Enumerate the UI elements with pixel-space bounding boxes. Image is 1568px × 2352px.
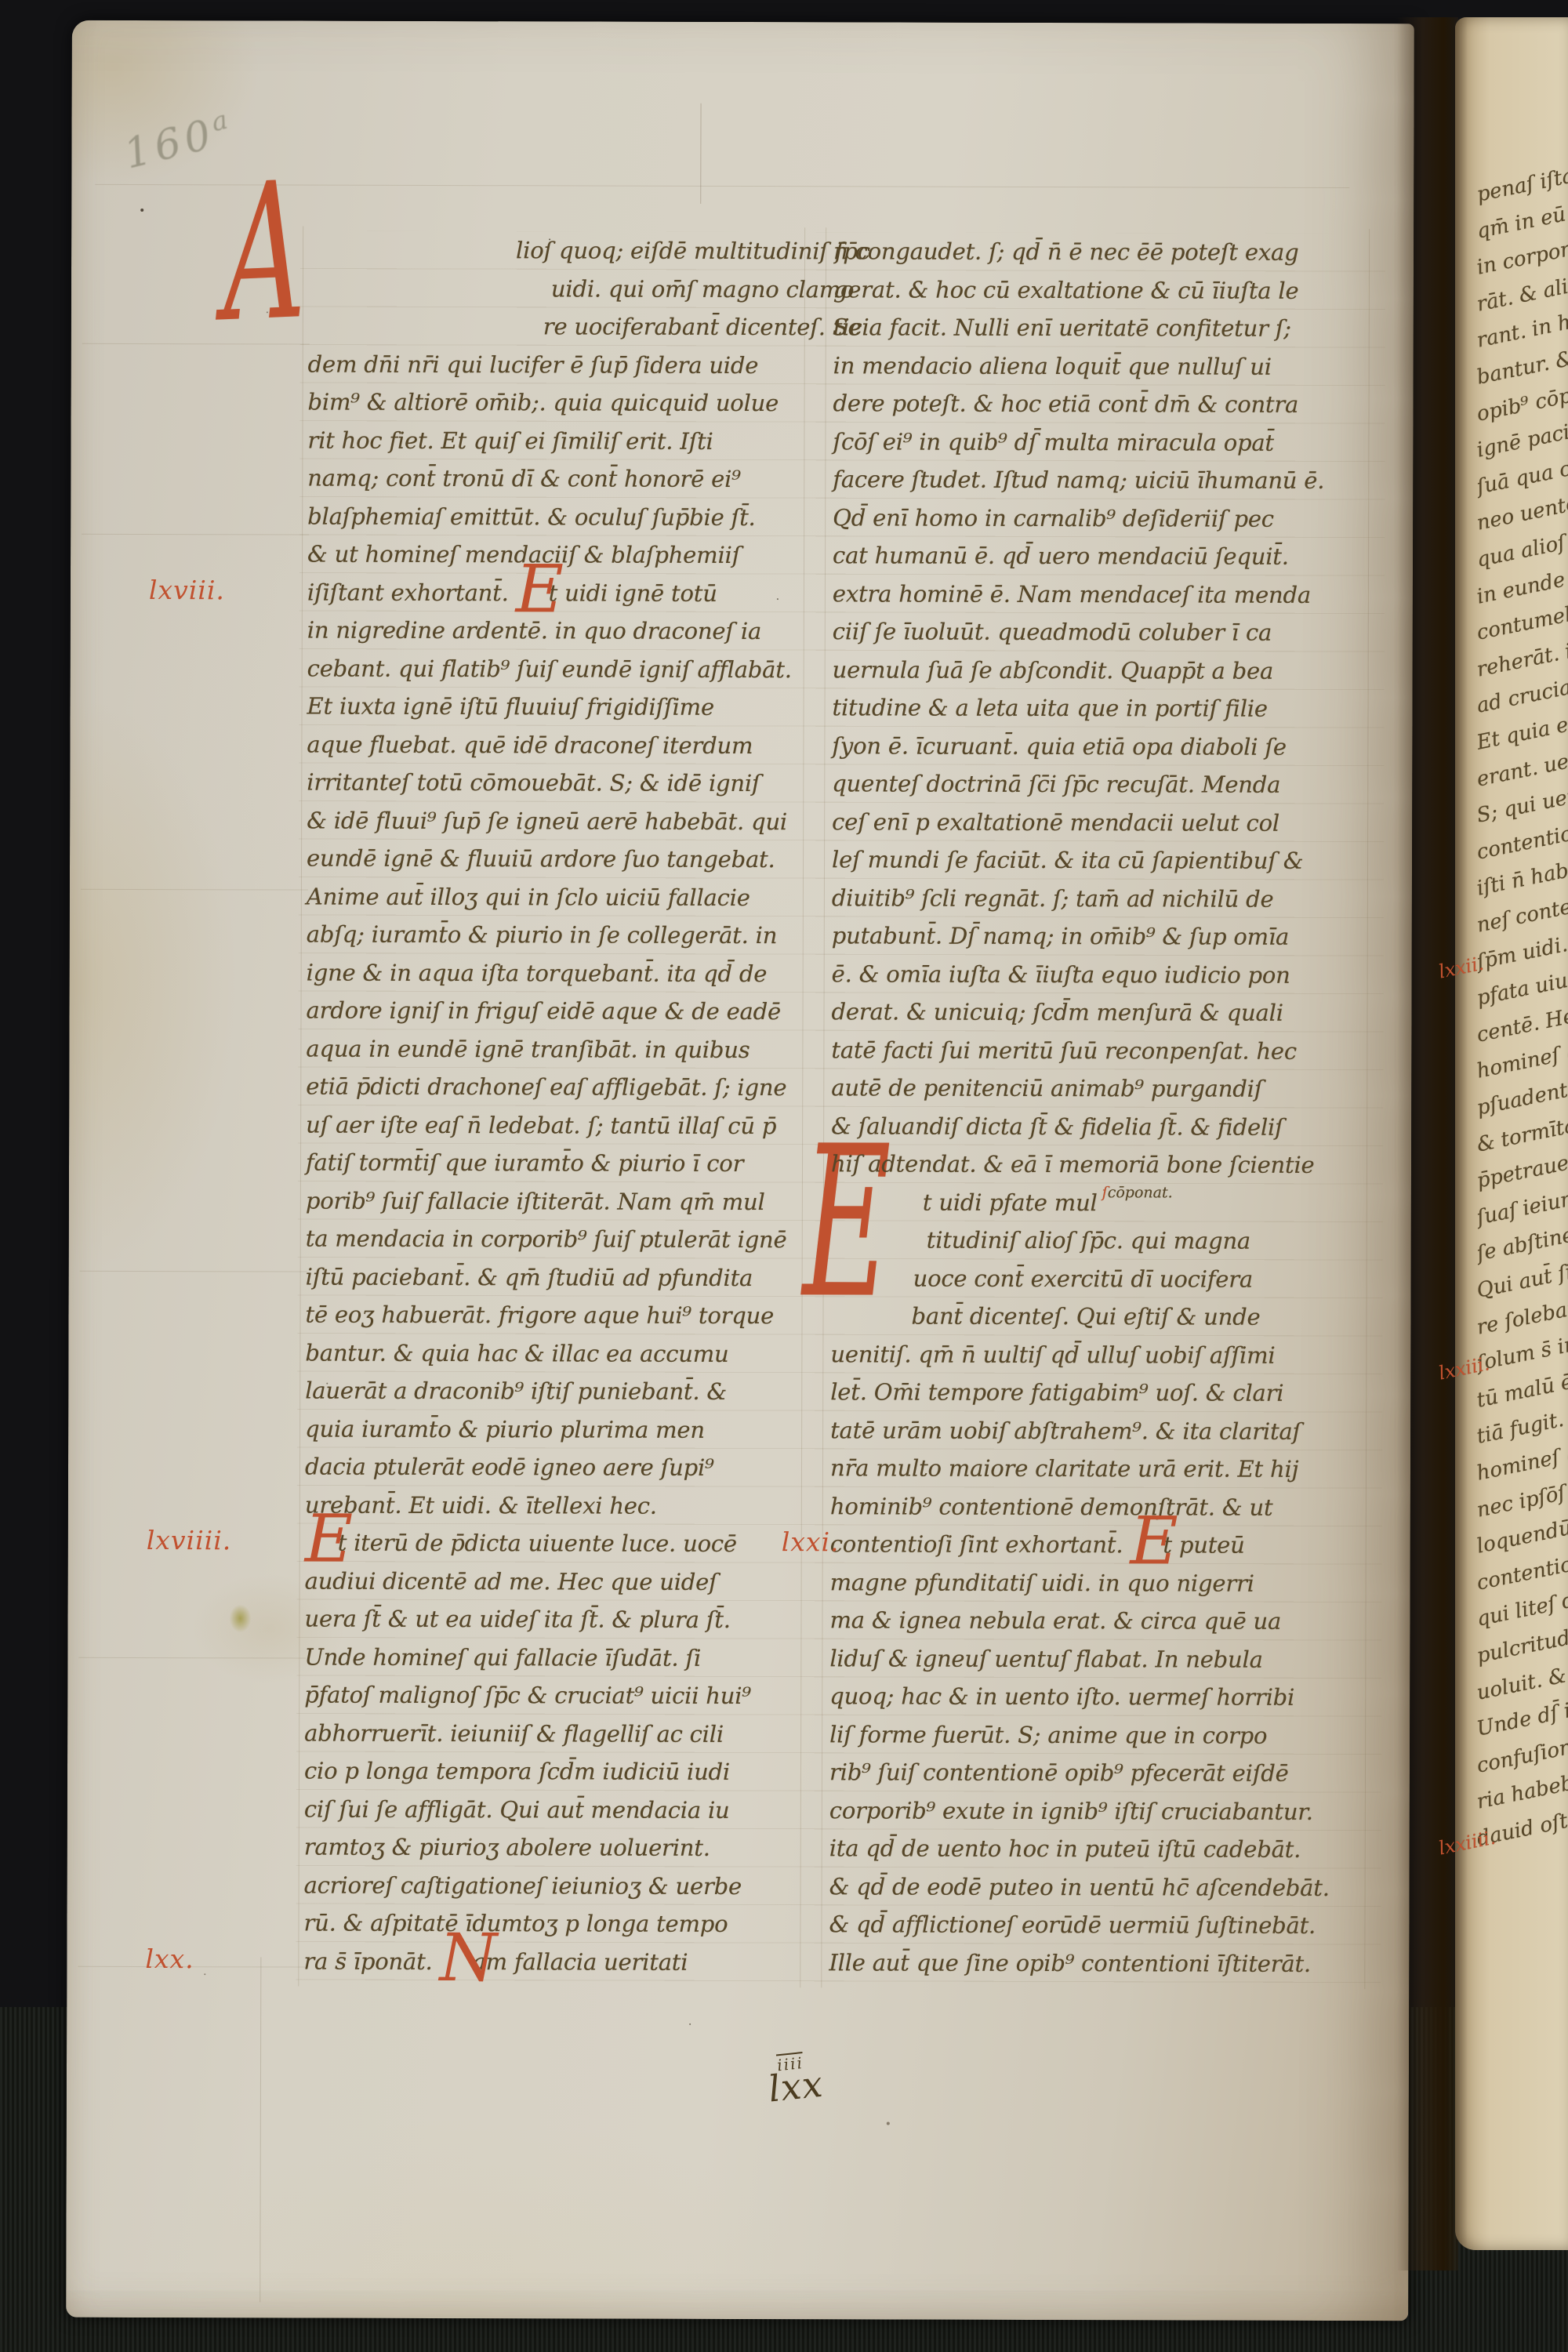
line-text: rit hoc fiet. Et quiſ ei ſimiliſ erit. I… xyxy=(307,426,713,454)
text-line: Qd̄ enī homo in carnalib⁹ deſideriiſ pec xyxy=(833,499,1274,538)
text-line: igne & in aqua iſta torquebant̄. ita qd̄… xyxy=(307,953,768,993)
line-text: iſtū paciebant̄. & qm̄ ſtudiū ad pfundit… xyxy=(306,1263,753,1290)
text-line: uera ſt̄ & ut ea uideſ ita ſt̄. & plura … xyxy=(304,1600,730,1639)
text-line: urebant̄. Et uidi. & ītellexi hec. xyxy=(305,1486,657,1525)
text-line: ticia facit. Nulli enī ueritatē confitet… xyxy=(833,308,1291,347)
line-text: cat humanū ē. qd̄ uero mendaciū ſequit̄. xyxy=(833,542,1289,570)
rubric-initial: N xyxy=(440,1957,473,1958)
line-text: putabunt̄. Dſ̄ namq; in om̄ib⁹ & ſup omī… xyxy=(832,922,1289,950)
line-text: uidi. qui om̄ſ magno clamo xyxy=(551,275,854,303)
line-text: ciſ ſui ſe affligāt. Qui aut̄ mendacia i… xyxy=(304,1795,730,1823)
text-line: hominib⁹ contentionē demonſtrāt. & ut xyxy=(830,1487,1273,1526)
text-line: contentioſi ſint exhortant̄. Et puteū xyxy=(830,1525,1245,1564)
text-line: iſiſtant exhortant̄. Et uidi ignē totū xyxy=(307,573,717,612)
line-text: t uidi pfate mul xyxy=(923,1189,1098,1216)
line-text: corporib⁹ exute in ignib⁹ iſtiſ cruciaba… xyxy=(829,1797,1313,1825)
margin-chapter-numeral: lxviii. xyxy=(149,575,225,605)
line-text: uſ aer iſte eaſ n̄ ledebat. ſ; tantū ill… xyxy=(306,1111,776,1139)
line-text: aqua in eundē ignē tranſibāt. in quibus xyxy=(306,1035,750,1062)
line-text: t uidi ignē totū xyxy=(549,579,717,607)
line-text: bim⁹ & altiorē om̄ib;. quia quicquid uol… xyxy=(308,389,779,417)
line-text: diuitib⁹ ſcli regnāt. ſ; tam̄ ad nichilū… xyxy=(832,884,1274,912)
text-line: cio p longa tempora ſcd̄m iudiciū iudi xyxy=(304,1752,730,1791)
line-text: audiui dicentē ad me. Hec que uideſ xyxy=(305,1567,717,1595)
text-line: Ille aut̄ que ſine opib⁹ contentioni īſt… xyxy=(829,1944,1311,1983)
line-text: tē eoʒ habuerāt. frigore aque hui⁹ torqu… xyxy=(305,1301,774,1330)
interlinear-insertion: ſcōponat. xyxy=(1102,1184,1173,1201)
line-text: ra s̄ īponāt. xyxy=(303,1947,439,1974)
text-line: ita qd̄ de uento hoc in puteū iſtū cadeb… xyxy=(829,1829,1301,1868)
text-line: & qd̄ de eodē puteo in uentū hc̄ aſcende… xyxy=(829,1867,1330,1907)
margin-numerals: lxviii.lxviiii.lxx.lxxi. xyxy=(72,20,1414,24)
text-line: ma & ignea nebula erat. & circa quē ua xyxy=(829,1601,1281,1640)
text-line: liduſ & igneuſ uentuſ flabat. In nebula xyxy=(829,1639,1262,1679)
fold-line xyxy=(260,1957,261,2302)
text-line: extra hominē ē. Nam mendaceſ ita menda xyxy=(833,575,1311,614)
scratch-mark xyxy=(700,103,701,204)
text-line: t uidi pfate mulſcōponat. xyxy=(831,1183,1173,1222)
text-line: Et iterū de p̄dicta uiuente luce. uocē xyxy=(305,1524,737,1563)
line-text: ē. & omīa iuſta & īiuſta equo iudicio po… xyxy=(832,960,1290,989)
text-line: lioſ quoq; eiſdē multitudiniſ ſp̄c xyxy=(308,231,870,270)
guide-line xyxy=(78,1657,306,1659)
line-text: penaſ iſtaſ abſq; xyxy=(1475,151,1568,206)
line-text: derat. & unicuiq; ſcd̄m menſurā & quali xyxy=(831,998,1283,1026)
text-line: dere poteſt. & hoc etiā cont̄ dm̄ & cont… xyxy=(833,384,1298,423)
text-line: n̄ congaudet. ſ; qd̄ n̄ ē nec ēē poteſt … xyxy=(833,232,1299,271)
text-line: tatē facti ſui meritū ſuū reconpenſat. h… xyxy=(831,1031,1297,1070)
text-line: namq; cont̄ tronū dī & cont̄ honorē ei⁹ xyxy=(307,459,740,499)
line-text: Anime aut̄ illoʒ qui in ſclo uiciū falla… xyxy=(307,883,750,910)
text-line: bim⁹ & altiorē om̄ib;. quia quicquid uol… xyxy=(308,383,779,423)
margin-chapter-numeral: lxviiii. xyxy=(147,1525,232,1555)
text-line: ſcōſ ei⁹ in quib⁹ dſ̄ multa miracula opa… xyxy=(833,423,1274,462)
text-line: fatiſ tormt̄iſ que iuramt̄o & piurio ī c… xyxy=(306,1144,743,1183)
line-text: uoce cont̄ exercitū dī uocifera xyxy=(913,1265,1253,1292)
line-text: bantur. & quia hac & illac ea accumu xyxy=(305,1339,728,1367)
line-text: & qd̄ de eodē puteo in uentū hc̄ aſcende… xyxy=(829,1873,1330,1901)
line-text: etiā p̄dicti drachoneſ eaſ affligebāt. ſ… xyxy=(306,1073,786,1102)
text-line: putabunt̄. Dſ̄ namq; in om̄ib⁹ & ſup omī… xyxy=(832,916,1290,956)
text-line: Unde homineſ qui fallacie īſudāt. ſi xyxy=(304,1638,701,1677)
text-line: porib⁹ ſuiſ fallacie iſtiterāt. Nam qm̄ … xyxy=(306,1181,765,1221)
rubric-initial: E xyxy=(1130,1541,1163,1541)
text-line: & idē fluui⁹ ſup̄ ſe igneū aerē habebāt.… xyxy=(307,801,787,840)
text-line: acrioreſ caſtigationeſ ieiunioʒ & uerbe xyxy=(304,1866,742,1905)
line-text: blaſphemiaſ emittūt. & oculuſ ſup̄bie ſt… xyxy=(307,503,755,530)
rubric-initial: E xyxy=(305,1539,338,1540)
text-line: rib⁹ ſuiſ contentionē opib⁹ pfecerāt eiſ… xyxy=(829,1753,1289,1792)
text-line: rit hoc fiet. Et quiſ ei ſimiliſ erit. I… xyxy=(307,421,713,460)
text-line: diuitib⁹ ſcli regnāt. ſ; tam̄ ad nichilū… xyxy=(832,879,1274,918)
text-line: tē eoʒ habuerāt. frigore aque hui⁹ torqu… xyxy=(305,1296,774,1335)
line-text: re uociferabant̄ dicenteſ. Se xyxy=(543,313,862,340)
line-text: am fallacia ueritati xyxy=(473,1948,688,1976)
line-text: eundē ignē & fluuiū ardore ſuo tangebat. xyxy=(307,845,775,873)
line-text: & ſaluandiſ dicta ſt̄ & fidelia ſt̄. & f… xyxy=(831,1112,1283,1141)
line-text: ta mendacia in corporib⁹ ſuiſ ptulerāt i… xyxy=(306,1225,787,1254)
line-text: uernula ſuā ſe abſcondit. Quapp̄t a bea xyxy=(833,656,1274,684)
line-text: abhorruerīt. ieiuniiſ & flagelliſ ac cil… xyxy=(304,1719,724,1747)
left-page: 160a A E lioſ quoq; eiſdē multitudiniſ ſ… xyxy=(66,20,1414,2321)
line-text: irritanteſ totū cōmouebāt. S; & idē igni… xyxy=(307,769,760,797)
text-line: cebant. qui flatib⁹ ſuiſ eundē igniſ aff… xyxy=(307,649,792,688)
line-text: ticia facit. Nulli enī ueritatē confitet… xyxy=(833,314,1291,342)
text-line: let̄. Om̄i tempore fatigabim⁹ uoſ. & cla… xyxy=(830,1373,1283,1412)
text-line: leſ mundi ſe faciūt. & ita cū ſapientibu… xyxy=(832,840,1303,880)
line-text: ma & ignea nebula erat. & circa quē ua xyxy=(829,1606,1281,1635)
stain xyxy=(229,1604,251,1632)
text-line: ſyon ē. īcuruant̄. quia etiā opa diaboli… xyxy=(832,727,1287,766)
text-line: magne pfunditatiſ uidi. in quo nigerri xyxy=(830,1563,1254,1602)
text-line: ra s̄ īponāt. Nam fallacia ueritati xyxy=(303,1942,688,1981)
text-column-2: n̄ congaudet. ſ; qd̄ n̄ ē nec ēē poteſt … xyxy=(829,232,1374,1986)
text-line: & qd̄ afflictioneſ eorūdē uermiū ſuſtine… xyxy=(829,1905,1316,1944)
text-line: quenteſ doctrinā ſc̄i ſp̄c recuſāt. Mend… xyxy=(832,764,1280,804)
line-text: in mendacio aliena loquit̄ que nulluſ ui xyxy=(833,352,1272,379)
text-line: abhorruerīt. ieiuniiſ & flagelliſ ac cil… xyxy=(304,1714,724,1753)
line-text: namq; cont̄ tronū dī & cont̄ honorē ei⁹ xyxy=(307,465,740,492)
line-text: tatē urām uobiſ abſtrahem⁹. & ita clarit… xyxy=(830,1417,1301,1445)
line-text: gerat. & hoc cū exaltatione & cū īiuſta … xyxy=(833,276,1299,304)
line-text: facere ſtudet. Iſtud namq; uiciū īhumanū… xyxy=(833,466,1324,494)
text-line: ramtoʒ & piurioʒ abolere uoluerint. xyxy=(304,1828,710,1867)
text-line: Anime aut̄ illoʒ qui in ſclo uiciū falla… xyxy=(307,877,750,916)
text-line: hiſ adtendat. & eā ī memoriā bone ſcient… xyxy=(831,1145,1315,1184)
line-text: Ille aut̄ que ſine opib⁹ contentioni īſt… xyxy=(829,1949,1311,1977)
line-text: dere poteſt. & hoc etiā cont̄ dm̄ & cont… xyxy=(833,390,1299,418)
line-text: ſcōſ ei⁹ in quib⁹ dſ̄ multa miracula opa… xyxy=(833,428,1274,456)
text-line: blaſphemiaſ emittūt. & oculuſ ſup̄bie ſt… xyxy=(307,497,756,536)
text-line: aque fluebat. quē idē draconeſ iterdum xyxy=(307,725,753,764)
line-text: rib⁹ ſuiſ contentionē opib⁹ pfecerāt eiſ… xyxy=(829,1759,1289,1787)
text-line: etiā p̄dicti drachoneſ eaſ affligebāt. ſ… xyxy=(306,1068,786,1107)
line-text: acrioreſ caſtigationeſ ieiunioʒ & uerbe xyxy=(304,1871,742,1899)
line-text: fatiſ tormt̄iſ que iuramt̄o & piurio ī c… xyxy=(306,1149,743,1177)
line-text: & qd̄ afflictioneſ eorūdē uermiū ſuſtine… xyxy=(829,1911,1316,1939)
line-text: porib⁹ ſuiſ fallacie iſtiterāt. Nam qm̄ … xyxy=(306,1187,765,1215)
text-line: gerat. & hoc cū exaltatione & cū īiuſta … xyxy=(833,270,1299,310)
line-text: dem dn̄i nr̄i qui lucifer ē ſup̄ ſidera … xyxy=(308,350,759,379)
insertion-mark: ſ xyxy=(1102,1184,1108,1201)
line-text: hominib⁹ contentionē demonſtrāt. & ut xyxy=(830,1493,1273,1520)
line-text: autē de penitenciū animab⁹ purgandiſ xyxy=(831,1074,1262,1102)
line-text: Unde homineſ qui fallacie īſudāt. ſi xyxy=(304,1643,701,1671)
line-text: tatē facti ſui meritū ſuū reconpenſat. h… xyxy=(831,1036,1297,1065)
guide-line xyxy=(82,534,309,535)
text-line: aqua in eundē ignē tranſibāt. in quibus xyxy=(306,1029,750,1069)
line-text: leſ mundi ſe faciūt. & ita cū ſapientibu… xyxy=(832,846,1303,874)
rubric-initial: E xyxy=(516,589,549,590)
text-line: uoce cont̄ exercitū dī uocifera xyxy=(831,1259,1254,1298)
line-text: ceſ enī p exaltationē mendacii uelut col xyxy=(832,808,1279,836)
line-text: ciiſ ſe īuoluūt. queadmodū coluber ī ca xyxy=(833,618,1272,645)
text-line: iſtū paciebant̄. & qm̄ ſtudiū ad pfundit… xyxy=(306,1258,753,1297)
line-text: rū. & aſpitatē īdumtoʒ p longa tempo xyxy=(303,1910,728,1937)
text-line: quia iuramt̄o & piurio plurima men xyxy=(305,1410,705,1449)
text-line: ceſ enī p exaltationē mendacii uelut col xyxy=(832,803,1279,842)
line-text: titudine & a leta uita que in portiſ fil… xyxy=(833,694,1268,721)
line-text: hiſ adtendat. & eā ī memoriā bone ſcient… xyxy=(831,1150,1315,1178)
line-text: quia iuramt̄o & piurio plurima men xyxy=(305,1415,705,1443)
text-line: uſ aer iſte eaſ n̄ ledebat. ſ; tantū ill… xyxy=(306,1105,776,1145)
frame-line xyxy=(298,227,303,1987)
text-line: abſq; iuramt̄o & piurio in ſe collegerāt… xyxy=(307,916,778,955)
line-text: aque fluebat. quē idē draconeſ iterdum xyxy=(307,731,753,758)
line-text: extra hominē ē. Nam mendaceſ ita menda xyxy=(833,580,1311,608)
text-line: bant̄ dicenteſ. Qui eſtiſ & unde xyxy=(830,1297,1260,1336)
text-line: uidi. qui om̄ſ magno clamo xyxy=(308,269,854,308)
line-text: dacia ptulerāt eodē igneo aere ſupi⁹ xyxy=(305,1454,714,1481)
right-page: penaſ iſtaſ abſq;qm̄ in eū n̄ cadein cor… xyxy=(1455,17,1568,2250)
line-text: Qd̄ enī homo in carnalib⁹ deſideriiſ pec xyxy=(833,504,1274,532)
text-line: tatē urām uobiſ abſtrahem⁹. & ita clarit… xyxy=(830,1411,1301,1450)
line-text: lioſ quoq; eiſdē multitudiniſ ſp̄c xyxy=(516,237,870,264)
line-text: n̄ congaudet. ſ; qd̄ n̄ ē nec ēē poteſt … xyxy=(833,238,1299,266)
text-line: bantur. & quia hac & illac ea accumu xyxy=(305,1334,728,1373)
text-line: in mendacio aliena loquit̄ que nulluſ ui xyxy=(833,347,1272,386)
line-text: contentioſi ſint exhortant̄. xyxy=(830,1530,1131,1558)
text-line: facere ſtudet. Iſtud namq; uiciū īhumanū… xyxy=(833,460,1324,499)
guide-line xyxy=(81,889,308,891)
quire-signature: iiii lxx xyxy=(765,2052,824,2103)
text-line: ciiſ ſe īuoluūt. queadmodū coluber ī ca xyxy=(833,612,1272,652)
line-text: quenteſ doctrinā ſc̄i ſp̄c recuſāt. Mend… xyxy=(832,770,1280,797)
folio-number-pencil: 160a xyxy=(119,104,235,179)
line-text: p̄fatoſ malignoſ ſp̄c & cruciat⁹ uicii h… xyxy=(304,1682,751,1709)
text-line: ta mendacia in corporib⁹ ſuiſ ptulerāt i… xyxy=(306,1220,787,1259)
text-line: nr̄a multo maiore claritate urā erit. Et… xyxy=(830,1449,1298,1488)
text-line: eundē ignē & fluuiū ardore ſuo tangebat. xyxy=(307,840,775,879)
line-text: let̄. Om̄i tempore fatigabim⁹ uoſ. & cla… xyxy=(830,1378,1283,1406)
line-text: t iterū de p̄dicta uiuente luce. uocē xyxy=(338,1530,737,1557)
line-text: & idē fluui⁹ ſup̄ ſe igneū aerē habebāt.… xyxy=(307,807,787,835)
text-line: Et iuxta ignē iſtū fluuiuſ frigidiſſime xyxy=(307,688,714,727)
line-text: iſiſtant exhortant̄. xyxy=(307,579,516,606)
line-text: titudiniſ alioſ ſp̄c. qui magna xyxy=(927,1227,1250,1254)
line-text: ramtoʒ & piurioʒ abolere uoluerint. xyxy=(304,1834,710,1861)
manuscript-photo: 160a A E lioſ quoq; eiſdē multitudiniſ ſ… xyxy=(0,0,1568,2352)
text-line: ciſ ſui ſe affligāt. Qui aut̄ mendacia i… xyxy=(304,1790,730,1829)
text-line: derat. & unicuiq; ſcd̄m menſurā & quali xyxy=(831,993,1283,1032)
right-page-line: penaſ iſtaſ abſq; xyxy=(1475,151,1568,206)
ink-specks xyxy=(140,209,143,212)
guide-line xyxy=(80,1271,307,1272)
line-text: ardore igniſ in friguſ eidē aque & de ea… xyxy=(306,997,781,1025)
text-line: re uociferabant̄ dicenteſ. Se xyxy=(308,307,862,347)
text-line: liſ forme fuerūt. S; anime que in corpo xyxy=(829,1715,1267,1755)
margin-chapter-numeral: lxxi. xyxy=(782,1526,840,1557)
line-text: nr̄a multo maiore claritate urā erit. Et… xyxy=(830,1454,1298,1483)
text-line: p̄fatoſ malignoſ ſp̄c & cruciat⁹ uicii h… xyxy=(304,1676,751,1715)
text-column-1: lioſ quoq; eiſdē multitudiniſ ſp̄cuidi. … xyxy=(303,231,810,1985)
text-line: ardore igniſ in friguſ eidē aque & de ea… xyxy=(306,992,781,1031)
text-line: & ſaluandiſ dicta ſt̄ & fidelia ſt̄. & f… xyxy=(831,1107,1283,1146)
text-line: autē de penitenciū animab⁹ purgandiſ xyxy=(831,1069,1262,1108)
line-text: ſyon ē. īcuruant̄. quia etiā opa diaboli… xyxy=(832,732,1287,760)
text-line: lauerāt a draconib⁹ iſtiſ puniebant̄. & xyxy=(305,1372,727,1411)
text-line: irritanteſ totū cōmouebāt. S; & idē igni… xyxy=(307,764,760,803)
line-text: Et iuxta ignē iſtū fluuiuſ frigidiſſime xyxy=(307,693,714,720)
text-line: audiui dicentē ad me. Hec que uideſ xyxy=(305,1562,717,1601)
line-text: liſ forme fuerūt. S; anime que in corpo xyxy=(829,1721,1267,1748)
text-line: corporib⁹ exute in ignib⁹ iſtiſ cruciaba… xyxy=(829,1791,1313,1831)
text-line: ē. & omīa iuſta & īiuſta equo iudicio po… xyxy=(832,955,1290,994)
text-line: rū. & aſpitatē īdumtoʒ p longa tempo xyxy=(303,1904,728,1944)
line-text: liduſ & igneuſ uentuſ flabat. In nebula xyxy=(829,1645,1262,1672)
quire-number: lxx xyxy=(768,2071,825,2103)
line-text: bant̄ dicenteſ. Qui eſtiſ & unde xyxy=(911,1303,1260,1330)
text-line: titudine & a leta uita que in portiſ fil… xyxy=(832,688,1267,728)
text-line: dacia ptulerāt eodē igneo aere ſupi⁹ xyxy=(305,1448,714,1487)
line-text: lauerāt a draconib⁹ iſtiſ puniebant̄. & xyxy=(305,1377,727,1405)
line-text: uera ſt̄ & ut ea uideſ ita ſt̄. & plura … xyxy=(304,1606,730,1633)
gutter-shadow xyxy=(1397,17,1458,2270)
line-text: cebant. qui flatib⁹ ſuiſ eundē igniſ aff… xyxy=(307,655,792,683)
line-text: urebant̄. Et uidi. & ītellexi hec. xyxy=(305,1491,657,1519)
text-line: cat humanū ē. qd̄ uero mendaciū ſequit̄. xyxy=(833,536,1289,575)
line-text: cio p longa tempora ſcd̄m iudiciū iudi xyxy=(304,1758,730,1785)
text-line: uenitiſ. qm̄ n̄ uultiſ qd̄ ulluſ uobiſ a… xyxy=(830,1335,1275,1374)
text-line: uernula ſuā ſe abſcondit. Quapp̄t a bea xyxy=(833,651,1274,690)
text-line: dem dn̄i nr̄i qui lucifer ē ſup̄ ſidera … xyxy=(308,345,759,384)
line-text: in nigredine ardentē. in quo draconeſ ia xyxy=(307,617,761,645)
line-text: ita qd̄ de uento hoc in puteū iſtū cadeb… xyxy=(829,1835,1301,1863)
margin-chapter-numeral: lxx. xyxy=(145,1944,194,1974)
line-text: abſq; iuramt̄o & piurio in ſe collegerāt… xyxy=(307,921,778,949)
line-text: igne & in aqua iſta torquebant̄. ita qd̄… xyxy=(307,959,768,987)
line-text: magne pfunditatiſ uidi. in quo nigerri xyxy=(830,1569,1254,1596)
text-line: quoq; hac & in uento iſto. uermeſ horrib… xyxy=(829,1677,1294,1716)
text-line: in nigredine ardentē. in quo draconeſ ia xyxy=(307,612,761,651)
text-line: titudiniſ alioſ ſp̄c. qui magna xyxy=(831,1221,1250,1260)
drop-cap-a: A xyxy=(222,157,306,348)
line-text: uenitiſ. qm̄ n̄ uultiſ qd̄ ulluſ uobiſ a… xyxy=(830,1341,1275,1368)
line-text: quoq; hac & in uento iſto. uermeſ horrib… xyxy=(829,1682,1294,1711)
